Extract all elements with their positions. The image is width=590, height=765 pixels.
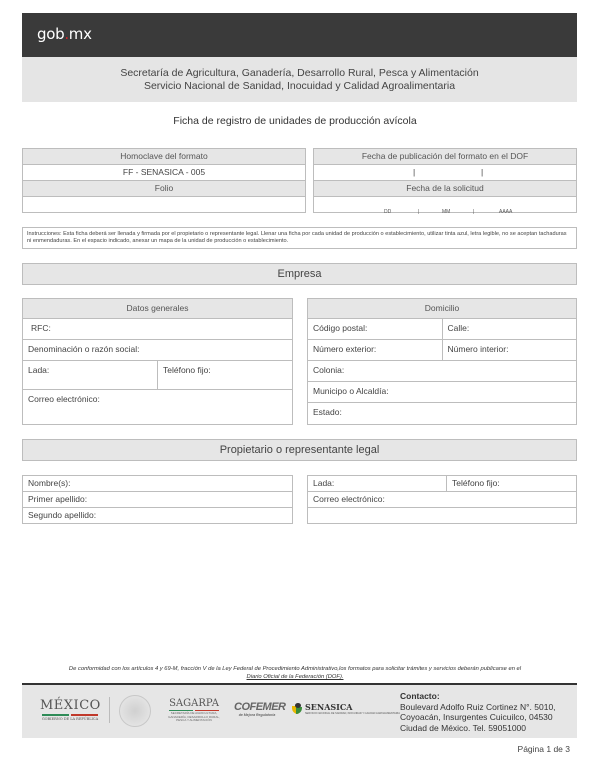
- postal-code-field[interactable]: Código postal:: [308, 319, 442, 339]
- date-separator: |: [418, 205, 419, 220]
- dof-date-label: Fecha de publicación del formato en el D…: [314, 149, 576, 165]
- gobmx-logo[interactable]: gob.mx: [37, 25, 92, 43]
- section-company-title: Empresa: [22, 263, 577, 285]
- owner-contact-box: Lada: Teléfono fijo: Correo electrónico:: [307, 475, 577, 524]
- footer: MÉXICO GOBIERNO DE LA REPÚBLICA SAGARPA …: [22, 683, 577, 738]
- general-data-box: Datos generales RFC: Denominación o razó…: [22, 298, 293, 425]
- agency-line-1: Secretaría de Agricultura, Ganadería, De…: [22, 67, 577, 80]
- rfc-field[interactable]: RFC:: [23, 319, 292, 339]
- neighborhood-field[interactable]: Colonia:: [308, 361, 576, 381]
- general-data-title: Datos generales: [23, 299, 292, 319]
- dof-reference: Diario Oficial de la Federación (DOF).: [247, 674, 344, 680]
- area-code-field[interactable]: Lada:: [23, 361, 157, 389]
- owner-name-box: Nombre(s): Primer apellido: Segundo apel…: [22, 475, 293, 524]
- int-number-field[interactable]: Número interior:: [442, 340, 577, 360]
- instructions-text: Instrucciones: Esta ficha deberá ser lle…: [22, 227, 577, 249]
- contact-info: Contacto: Boulevard Adolfo Ruiz Cortinez…: [400, 691, 556, 733]
- request-date-label: Fecha de la solicitud: [314, 181, 576, 197]
- folio-label: Folio: [23, 181, 305, 197]
- agency-banner: Secretaría de Agricultura, Ganadería, De…: [22, 57, 577, 102]
- format-info-table-left: Homoclave del formato FF - SENASICA - 00…: [22, 148, 306, 213]
- page-number: Página 1 de 3: [490, 744, 570, 754]
- mexico-logo: MÉXICO GOBIERNO DE LA REPÚBLICA: [40, 698, 100, 721]
- email-field[interactable]: Correo electrónico:: [23, 390, 292, 424]
- state-field[interactable]: Estado:: [308, 403, 576, 424]
- section-owner-title: Propietario o representante legal: [22, 439, 577, 461]
- date-separator: |: [413, 165, 415, 180]
- request-date-field[interactable]: DD | MM | AAAA: [314, 197, 576, 213]
- date-separator: |: [473, 205, 474, 220]
- owner-blank-row[interactable]: [308, 508, 576, 524]
- date-year-label: AAAA: [499, 205, 512, 220]
- sagarpa-logo: SAGARPA SECRETARÍA DE AGRICULTURA, GANAD…: [165, 698, 223, 723]
- street-field[interactable]: Calle:: [442, 319, 577, 339]
- date-month-label: MM: [442, 205, 450, 220]
- cofemer-logo: COFEMER de Mejora Regulatoria: [234, 701, 280, 717]
- legal-notice: De conformidad con los artículos 4 y 69-…: [40, 665, 550, 681]
- address-title: Domicilio: [308, 299, 576, 319]
- date-separator: |: [481, 165, 483, 180]
- agency-line-2: Servicio Nacional de Sanidad, Inocuidad …: [22, 80, 577, 93]
- top-banner: gob.mx: [22, 13, 577, 57]
- landline-field[interactable]: Teléfono fijo:: [157, 361, 292, 389]
- owner-first-names-field[interactable]: Nombre(s):: [23, 476, 292, 491]
- senasica-logo: SENASICA SERVICIO NACIONAL DE SANIDAD, I…: [292, 702, 400, 715]
- owner-second-surname-field[interactable]: Segundo apellido:: [23, 508, 292, 524]
- document-title: Ficha de registro de unidades de producc…: [0, 115, 590, 127]
- folio-field[interactable]: [23, 197, 305, 213]
- dof-date-field[interactable]: | |: [314, 165, 576, 181]
- homoclave-label: Homoclave del formato: [23, 149, 305, 165]
- format-info-table-right: Fecha de publicación del formato en el D…: [313, 148, 577, 213]
- flag-bars: [42, 714, 98, 716]
- national-seal-icon: [119, 695, 151, 727]
- owner-first-surname-field[interactable]: Primer apellido:: [23, 492, 292, 507]
- owner-email-field[interactable]: Correo electrónico:: [308, 492, 576, 507]
- ext-number-field[interactable]: Número exterior:: [308, 340, 442, 360]
- date-day-label: DD: [384, 205, 391, 220]
- owner-area-code-field[interactable]: Lada:: [308, 476, 446, 491]
- municipality-field[interactable]: Municipo o Alcaldía:: [308, 382, 576, 402]
- logo-divider: [109, 697, 110, 723]
- business-name-field[interactable]: Denominación o razón social:: [23, 340, 292, 360]
- owner-landline-field[interactable]: Teléfono fijo:: [446, 476, 576, 491]
- homoclave-value: FF - SENASICA - 005: [23, 165, 305, 181]
- senasica-leaf-icon: [292, 703, 303, 714]
- address-box: Domicilio Código postal: Calle: Número e…: [307, 298, 577, 425]
